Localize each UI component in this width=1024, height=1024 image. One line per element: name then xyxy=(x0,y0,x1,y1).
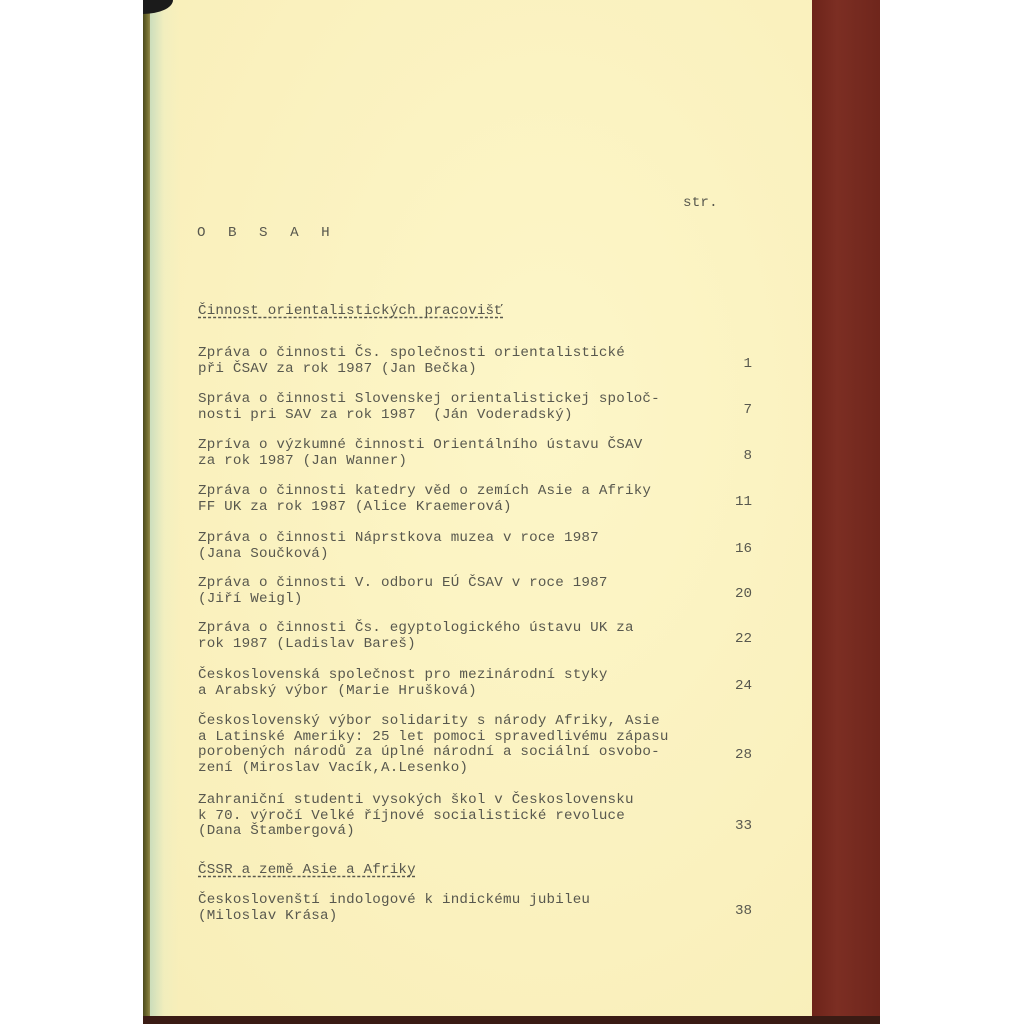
toc-entry-line: Zpráva o činnosti katedry věd o zemích A… xyxy=(198,484,651,499)
toc-entry-line: Českoslovenští indologové k indickému ju… xyxy=(198,893,590,908)
toc-entry-line: Zpráva o činnosti Náprstkova muzea v roc… xyxy=(198,531,599,546)
toc-entry-line: (Jana Součková) xyxy=(198,547,329,562)
toc-entry-line: nosti pri SAV za rok 1987 (Ján Voderadsk… xyxy=(198,408,573,423)
toc-entry-line: k 70. výročí Velké říjnové socialistické… xyxy=(198,809,625,824)
toc-entry-line: za rok 1987 (Jan Wanner) xyxy=(198,454,407,469)
section-heading: ČSSR a země Asie a Afriky xyxy=(198,863,416,878)
toc-entry-line: (Dana Štambergová) xyxy=(198,824,355,839)
toc-page-number: 20 xyxy=(712,586,752,602)
toc-page-number: 24 xyxy=(712,678,752,694)
toc-entry-line: Zpráva o činnosti Čs. společnosti orient… xyxy=(198,346,625,361)
toc-entry-line: (Jiří Weigl) xyxy=(198,592,303,607)
toc-entry-line: rok 1987 (Ladislav Bareš) xyxy=(198,637,416,652)
toc-page-number: 33 xyxy=(712,818,752,834)
toc-entry-line: zení (Miroslav Vacík,A.Lesenko) xyxy=(198,761,468,776)
document-title: O B S A H xyxy=(197,226,337,241)
toc-page-number: 11 xyxy=(712,494,752,510)
toc-page-number: 8 xyxy=(712,448,752,464)
toc-page-number: 28 xyxy=(712,747,752,763)
toc-page-number: 7 xyxy=(712,402,752,418)
section-heading: Činnost orientalistických pracovišť xyxy=(198,304,503,319)
toc-entry-line: Zpríva o výzkumné činnosti Orientálního … xyxy=(198,438,642,453)
toc-page-number: 38 xyxy=(712,903,752,919)
toc-entry-line: Československý výbor solidarity s národy… xyxy=(198,714,660,729)
toc-entry-line: porobených národů za úplné národní a soc… xyxy=(198,745,660,760)
table-of-contents: str. O B S A H Činnost orientalistických… xyxy=(0,0,1024,1024)
toc-page-number: 16 xyxy=(712,541,752,557)
toc-entry-line: Zpráva o činnosti V. odboru EÚ ČSAV v ro… xyxy=(198,576,608,591)
toc-entry-line: (Miloslav Krása) xyxy=(198,909,337,924)
toc-entry-line: při ČSAV za rok 1987 (Jan Bečka) xyxy=(198,362,477,377)
toc-page-number: 22 xyxy=(712,631,752,647)
toc-entry-line: Správa o činnosti Slovenskej orientalist… xyxy=(198,392,660,407)
page-column-label: str. xyxy=(683,196,718,211)
toc-entry-line: a Arabský výbor (Marie Hrušková) xyxy=(198,684,477,699)
toc-entry-line: a Latinské Ameriky: 25 let pomoci sprave… xyxy=(198,730,669,745)
toc-page-number: 1 xyxy=(712,356,752,372)
toc-entry-line: Československá společnost pro mezinárodn… xyxy=(198,668,608,683)
toc-entry-line: Zahraniční studenti vysokých škol v Česk… xyxy=(198,793,634,808)
toc-entry-line: FF UK za rok 1987 (Alice Kraemerová) xyxy=(198,500,512,515)
toc-entry-line: Zpráva o činnosti Čs. egyptologického ús… xyxy=(198,621,634,636)
